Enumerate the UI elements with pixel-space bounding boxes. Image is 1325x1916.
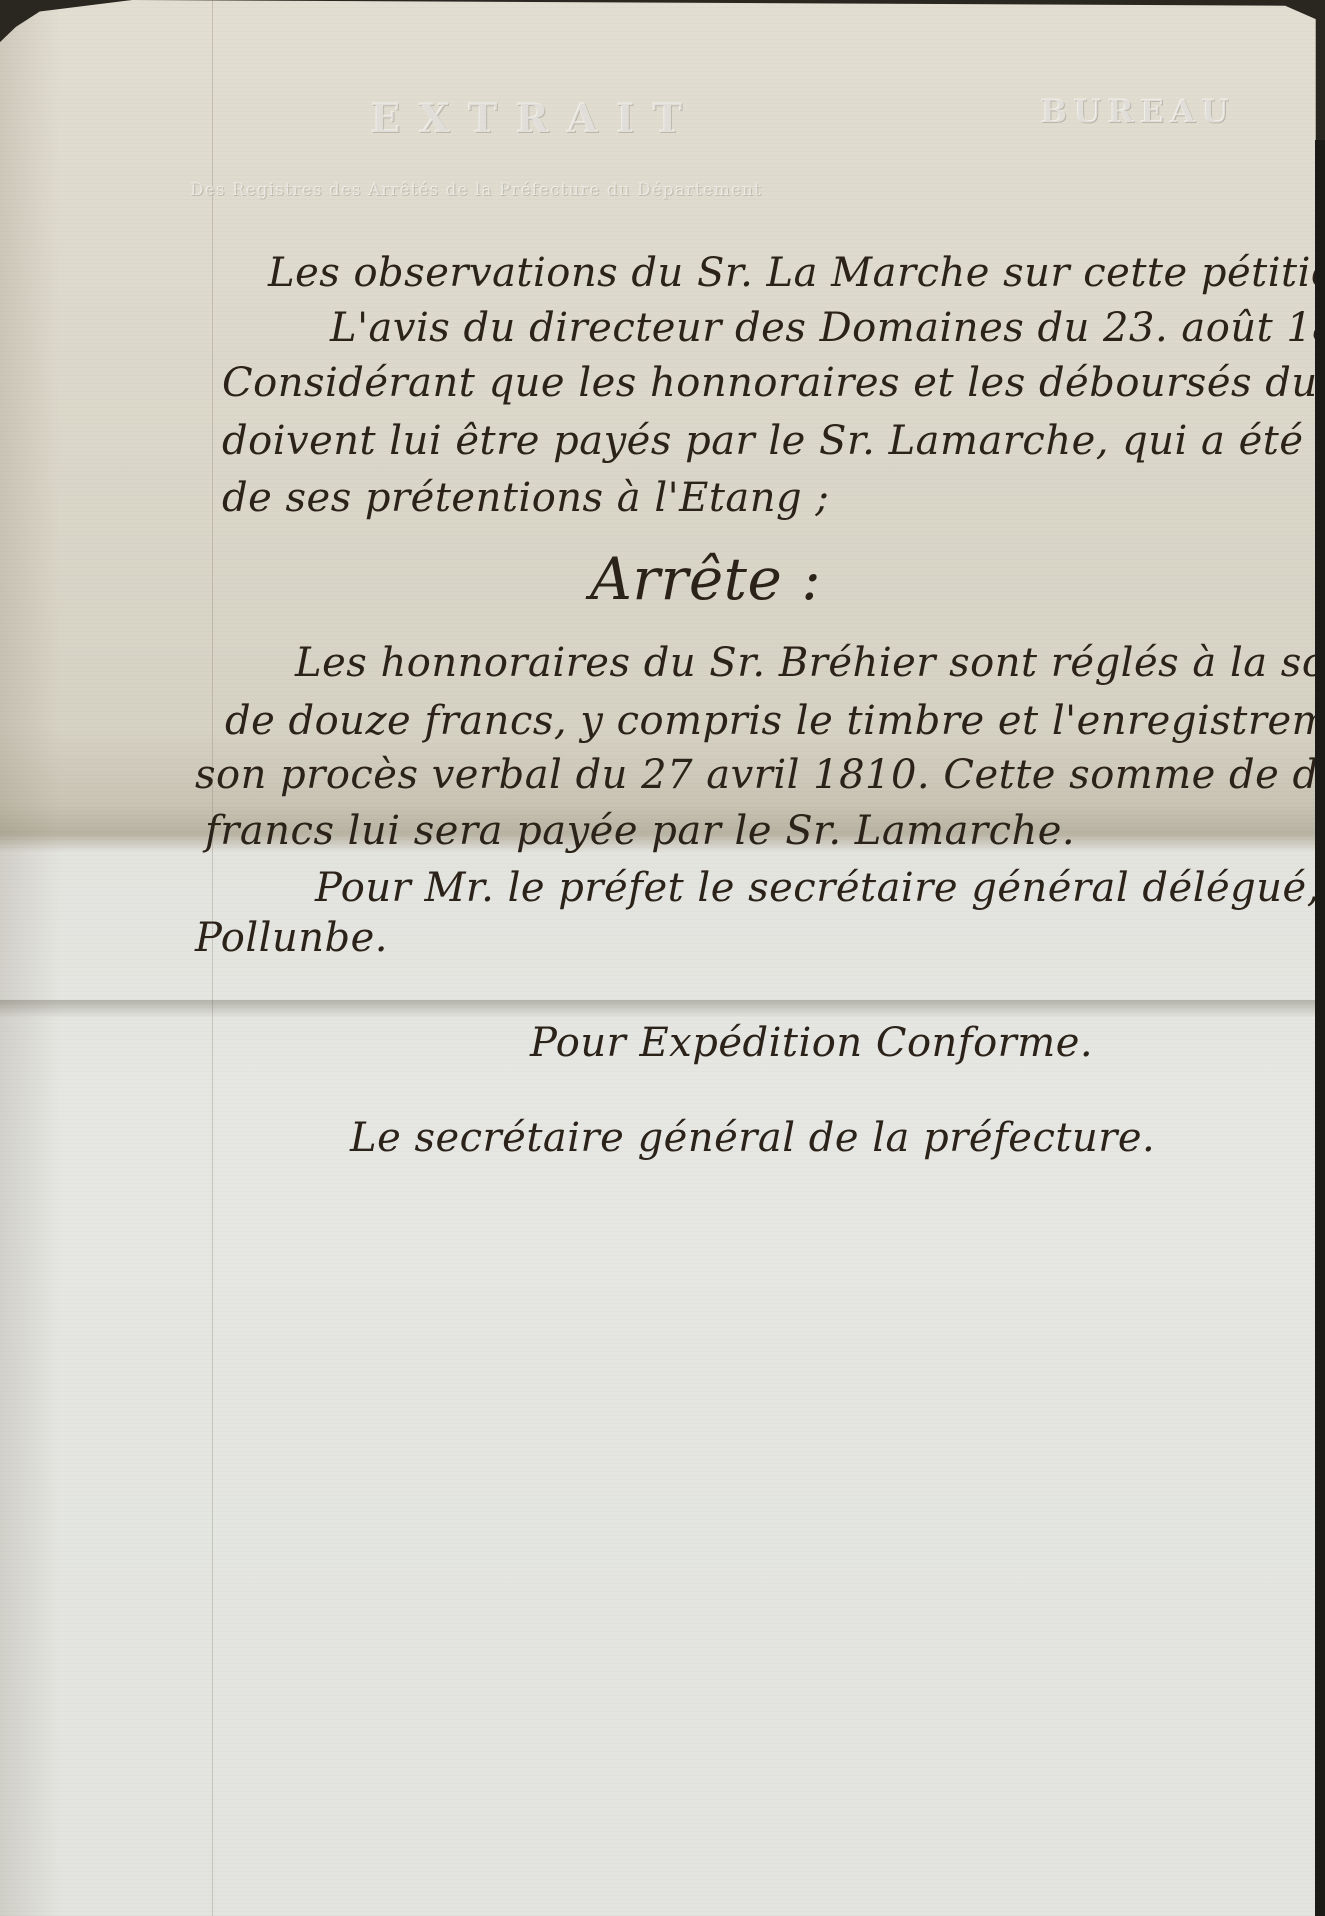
decision-line-5: Pour Mr. le préfet le secrétaire général…: [315, 865, 1325, 911]
handwritten-line-4: doivent lui être payés par le Sr. Lamarc…: [222, 418, 1325, 464]
decision-line-1: Les honnoraires du Sr. Bréhier sont régl…: [295, 640, 1325, 686]
certification-line-2: Le secrétaire général de la préfecture.: [350, 1115, 1155, 1161]
background-edge: [1315, 140, 1325, 1916]
fold-crease: [0, 1000, 1325, 1018]
paper-shadow: [0, 0, 60, 1916]
decision-line-2: de douze francs, y compris le timbre et …: [225, 698, 1325, 744]
certification-line-1: Pour Expédition Conforme.: [530, 1020, 1093, 1066]
decision-line-4: francs lui sera payée par le Sr. Lamarch…: [205, 808, 1075, 854]
handwritten-line-2: L'avis du directeur des Domaines du 23. …: [330, 305, 1325, 351]
handwritten-line-1: Les observations du Sr. La Marche sur ce…: [268, 250, 1325, 296]
embossed-title: EXTRAIT: [370, 95, 700, 142]
handwritten-line-3: Considérant que les honnoraires et les d…: [222, 360, 1325, 406]
embossed-corner-mark: BUREAU: [1040, 92, 1235, 130]
decision-line-3: son procès verbal du 27 avril 1810. Cett…: [195, 752, 1325, 798]
embossed-subtitle: Des Registres des Arrêtés de la Préfectu…: [190, 180, 762, 200]
handwritten-line-5: de ses prétentions à l'Etang ;: [222, 475, 829, 521]
decree-heading: Arrête :: [590, 545, 821, 613]
paper-sheet: EXTRAIT BUREAU Des Registres des Arrêtés…: [0, 0, 1325, 1916]
signature-name: Pollunbe.: [195, 915, 388, 961]
